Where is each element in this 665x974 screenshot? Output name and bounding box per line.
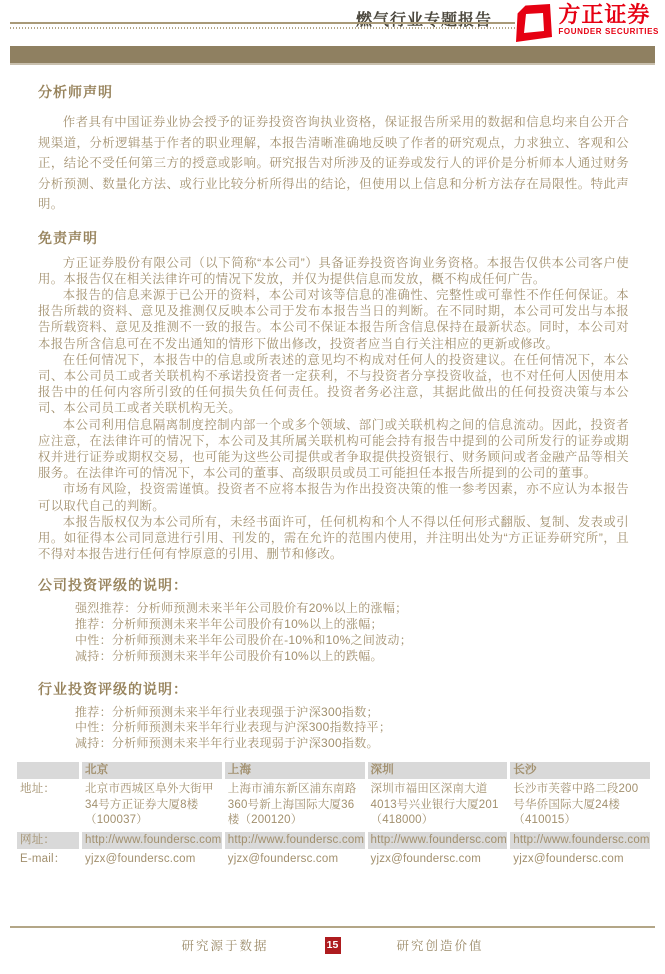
email-cell: yjzx@foundersc.com xyxy=(225,851,365,869)
city-header: 深圳 xyxy=(368,762,508,780)
disclaimer-paragraph: 市场有风险，投资需谨慎。投资者不应将本报告为作出投资决策的惟一参考因素，亦不应认… xyxy=(38,481,629,513)
disclaimer-paragraph: 在任何情况下，本报告中的信息或所表述的意见均不构成对任何人的投资建议。在任何情况… xyxy=(38,352,629,417)
company-rating-item: 强烈推荐：分析师预测未来半年公司股价有20%以上的涨幅； xyxy=(38,601,629,617)
industry-rating-title: 行业投资评级的说明： xyxy=(38,679,629,699)
table-header-row: 北京 上海 深圳 长沙 xyxy=(17,762,650,780)
founder-logo-icon xyxy=(513,3,553,43)
website-cell: http://www.foundersc.com xyxy=(510,832,650,850)
page-number-badge: 15 xyxy=(325,937,341,954)
company-rating-item: 减持：分析师预测未来半年公司股价有10%以上的跌幅。 xyxy=(38,649,629,665)
company-rating-title: 公司投资评级的说明： xyxy=(38,575,629,595)
address-cell: 深圳市福田区深南大道4013号兴业银行大厦201（418000） xyxy=(368,781,508,830)
website-row-label: 网址： xyxy=(17,832,79,850)
email-cell: yjzx@foundersc.com xyxy=(368,851,508,869)
founder-securities-logo: 方正证券 FOUNDER SECURITIES xyxy=(513,3,659,43)
table-corner-cell xyxy=(17,762,79,780)
logo-text-cn: 方正证券 xyxy=(558,3,659,27)
report-page: 燃气行业专题报告 方正证券 FOUNDER SECURITIES 分析师声明 作… xyxy=(0,0,665,974)
header-solid-rule xyxy=(10,22,515,24)
address-cell: 上海市浦东新区浦东南路360号新上海国际大厦36楼（200120） xyxy=(225,781,365,830)
website-cell: http://www.foundersc.com xyxy=(368,832,508,850)
branch-contact-table: 北京 上海 深圳 长沙 地址： 北京市西城区阜外大街甲34号方正证券大厦8楼（1… xyxy=(14,760,653,871)
email-cell: yjzx@foundersc.com xyxy=(510,851,650,869)
website-row: 网址： http://www.foundersc.com http://www.… xyxy=(17,832,650,850)
page-footer: 研究源于数据 15 研究创造价值 xyxy=(0,926,665,954)
disclaimer-paragraph: 本报告的信息来源于已公开的资料，本公司对该等信息的准确性、完整性或可靠性不作任何… xyxy=(38,287,629,352)
analyst-statement-paragraph: 作者具有中国证券业协会授予的证券投资咨询执业资格，保证报告所采用的数据和信息均来… xyxy=(38,112,629,215)
footer-divider xyxy=(10,926,655,928)
email-row-label: E-mail： xyxy=(17,851,79,869)
disclaimer-title: 免责声明 xyxy=(38,228,629,248)
report-body: 分析师声明 作者具有中国证券业协会授予的证券投资咨询执业资格，保证报告所采用的数… xyxy=(38,74,629,871)
disclaimer-paragraph: 本公司利用信息隔离制度控制内部一个或多个领域、部门或关联机构之间的信息流动。因此… xyxy=(38,417,629,482)
website-cell: http://www.foundersc.com xyxy=(225,832,365,850)
industry-rating-item: 中性：分析师预测未来半年行业表现与沪深300指数持平； xyxy=(38,720,629,736)
header-divider xyxy=(10,22,515,29)
email-cell: yjzx@foundersc.com xyxy=(82,851,222,869)
website-cell: http://www.foundersc.com xyxy=(82,832,222,850)
analyst-statement-title: 分析师声明 xyxy=(38,82,629,102)
email-row: E-mail： yjzx@foundersc.com yjzx@founders… xyxy=(17,851,650,869)
logo-text-en: FOUNDER SECURITIES xyxy=(558,27,659,36)
address-row: 地址： 北京市西城区阜外大街甲34号方正证券大厦8楼（100037） 上海市浦东… xyxy=(17,781,650,830)
footer-slogan-left: 研究源于数据 xyxy=(181,936,268,954)
address-cell: 长沙市芙蓉中路二段200号华侨国际大厦24楼（410015） xyxy=(510,781,650,830)
header-dotted-rule xyxy=(10,27,515,29)
footer-slogan-right: 研究创造价值 xyxy=(397,936,484,954)
industry-rating-item: 减持：分析师预测未来半年行业表现弱于沪深300指数。 xyxy=(38,736,629,752)
section-title-bar xyxy=(10,46,655,65)
company-rating-item: 中性：分析师预测未来半年公司股价在-10%和10%之间波动； xyxy=(38,633,629,649)
address-row-label: 地址： xyxy=(17,781,79,830)
disclaimer-paragraph: 方正证券股份有限公司（以下简称“本公司”）具备证券投资咨询业务资格。本报告仅供本… xyxy=(38,255,629,287)
company-rating-item: 推荐：分析师预测未来半年公司股价有10%以上的涨幅； xyxy=(38,617,629,633)
industry-rating-item: 推荐：分析师预测未来半年行业表现强于沪深300指数； xyxy=(38,705,629,721)
address-cell: 北京市西城区阜外大街甲34号方正证券大厦8楼（100037） xyxy=(82,781,222,830)
city-header: 长沙 xyxy=(510,762,650,780)
logo-wordmark: 方正证券 FOUNDER SECURITIES xyxy=(558,3,659,36)
disclaimer-paragraph: 本报告版权仅为本公司所有，未经书面许可，任何机构和个人不得以任何形式翻版、复制、… xyxy=(38,514,629,563)
city-header: 上海 xyxy=(225,762,365,780)
city-header: 北京 xyxy=(82,762,222,780)
